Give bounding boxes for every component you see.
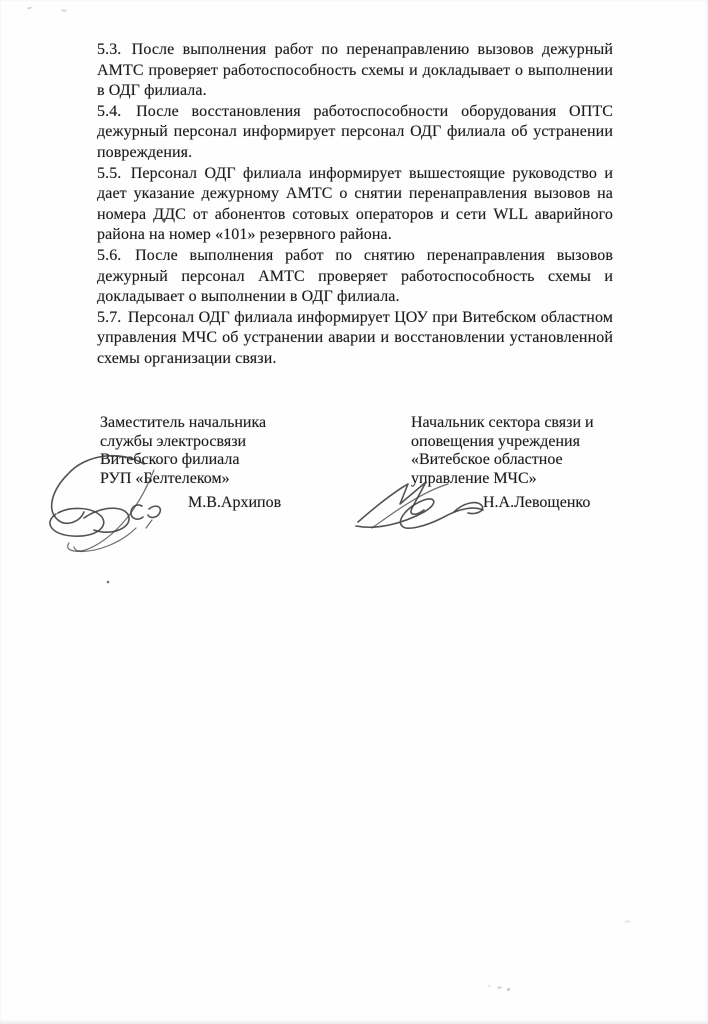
signer-title-line: Витебского филиала xyxy=(100,451,335,470)
signer-title-line: Начальник сектора связи и xyxy=(411,414,666,433)
paragraph-text: После восстановления работоспособности о… xyxy=(97,103,613,161)
paragraph-number: 5.3. xyxy=(97,41,123,58)
signer-title-line: управление МЧС» xyxy=(411,470,666,489)
scan-smudge xyxy=(27,6,32,9)
paragraph-text: Персонал ОДГ филиала информирует ЦОУ при… xyxy=(97,309,613,367)
signer-title-line: службы электросвязи xyxy=(100,433,335,452)
paragraph-5-5: 5.5. Персонал ОДГ филиала информирует вы… xyxy=(97,164,613,246)
paragraph-5-4: 5.4. После восстановления работоспособно… xyxy=(97,102,613,164)
paragraph-text: После выполнения работ по снятию перенап… xyxy=(97,247,613,305)
scanned-document-page: 5.3. После выполнения работ по перенапра… xyxy=(0,0,708,1024)
signer-title-line: «Витебское областное xyxy=(411,451,666,470)
scan-smudge xyxy=(61,9,67,13)
paragraph-5-3: 5.3. После выполнения работ по перенапра… xyxy=(97,40,613,102)
signer-title-line: РУП «Белтелеком» xyxy=(100,470,335,489)
scan-smudge xyxy=(497,986,502,989)
signer-title-line: Заместитель начальника xyxy=(100,414,335,433)
signature-block-right: Начальник сектора связи и оповещения учр… xyxy=(411,414,666,513)
paragraph-text: Персонал ОДГ филиала информирует вышесто… xyxy=(97,165,613,244)
signature-block-left: Заместитель начальника службы электросвя… xyxy=(100,414,335,513)
signer-title-line: оповещения учреждения xyxy=(411,433,666,452)
paragraph-5-7: 5.7. Персонал ОДГ филиала информирует ЦО… xyxy=(97,308,613,370)
document-body: 5.3. После выполнения работ по перенапра… xyxy=(97,40,613,370)
paragraph-number: 5.5. xyxy=(97,165,123,182)
scan-smudge xyxy=(488,985,491,987)
scan-smudge xyxy=(507,988,510,991)
paragraph-number: 5.6. xyxy=(97,247,123,264)
signer-name: Н.А.Левощенко xyxy=(483,494,666,513)
paragraph-text: После выполнения работ по перенаправлени… xyxy=(97,41,613,99)
signer-name: М.В.Архипов xyxy=(188,494,335,513)
paragraph-number: 5.7. xyxy=(97,309,123,326)
paragraph-5-6: 5.6. После выполнения работ по снятию пе… xyxy=(97,246,613,308)
scan-smudge xyxy=(624,920,631,923)
paragraph-number: 5.4. xyxy=(97,103,123,120)
